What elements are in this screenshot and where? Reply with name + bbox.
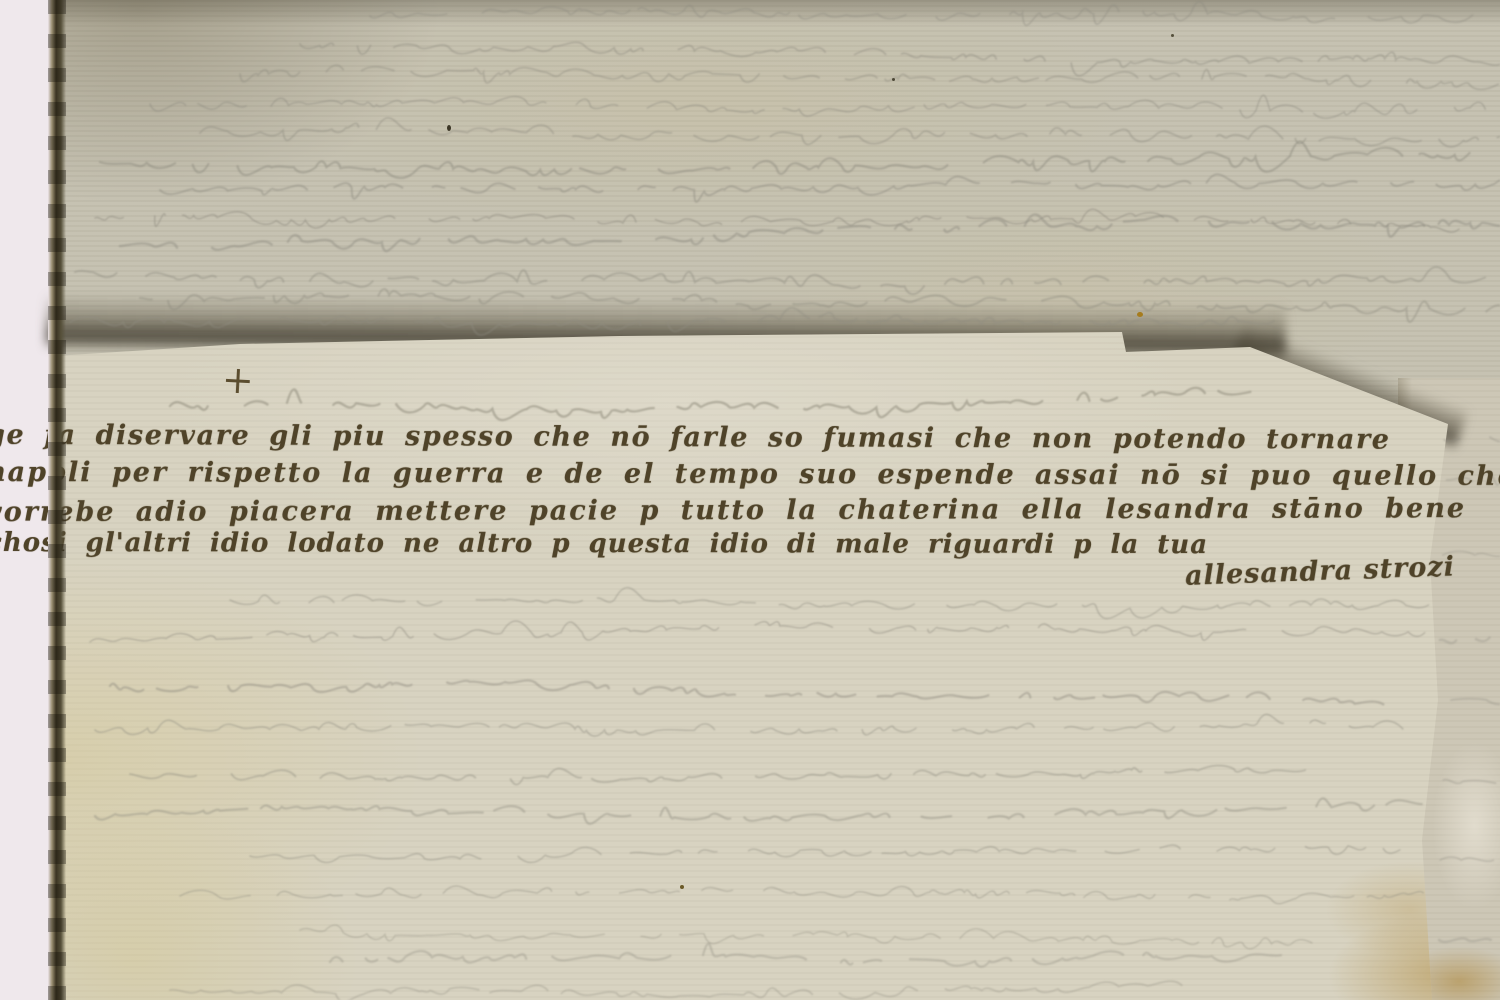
ink-speck [447,125,451,131]
invocation-cross-mark: + [221,357,255,403]
manuscript-photo: + ge fa diservare gli piu spesso che nō … [0,0,1500,1000]
ink-speck [1171,34,1174,37]
book-page-edge [48,0,66,1000]
ink-line: ge fa diservare gli piu spesso che nō fa… [0,420,1391,456]
ink-line: napoli per rispetto la guerra e de el te… [0,457,1500,492]
wax-speck [1137,312,1143,317]
ink-speck [680,885,684,889]
ink-line: chosi gl'altri idio lodato ne altro p qu… [0,528,1208,560]
ink-speck [892,78,895,81]
ink-line: vorrebe adio piacera mettere pacie p tut… [0,493,1466,528]
